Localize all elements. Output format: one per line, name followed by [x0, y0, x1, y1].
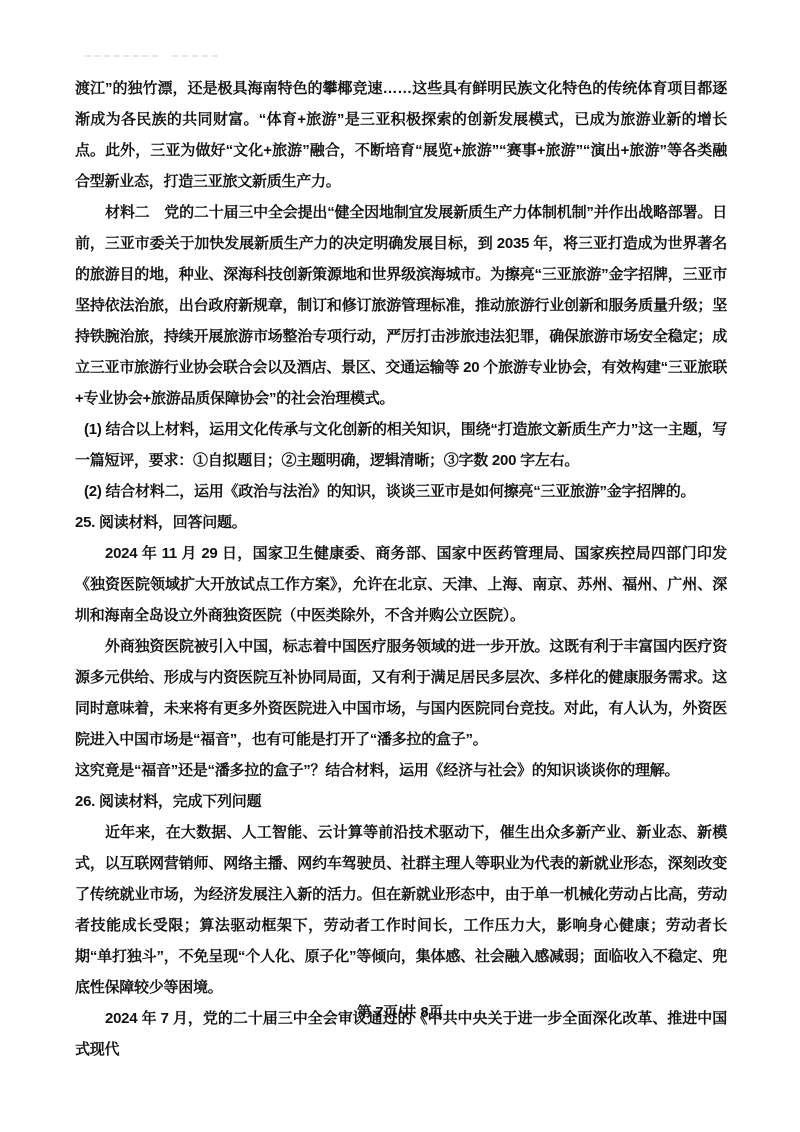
paragraph-q25-question: 这究竟是“福音”还是“潘多拉的盒子”？结合材料，运用《经济与社会》的知识谈谈你的… [75, 755, 727, 786]
scan-artifact-dashes [85, 55, 158, 57]
paragraph-q24-subquestion-2: (2) 结合材料二，运用《政治与法治》的知识，谈谈三亚市是如何擦亮“三亚旅游”金… [75, 476, 727, 507]
paragraph-q25-material-1: 2024 年 11 月 29 日，国家卫生健康委、商务部、国家中医药管理局、国家… [75, 538, 727, 631]
scan-artifact-dashes [172, 55, 218, 57]
paragraph-q24-subquestion-1: (1) 结合以上材料，运用文化传承与文化创新的相关知识，围绕“打造旅文新质生产力… [75, 414, 727, 476]
paragraph-q24-material2: 材料二 党的二十届三中全会提出“健全因地制宜发展新质生产力体制机制”并作出战略部… [75, 197, 727, 414]
page-content: 渡江”的独竹漂，还是极具海南特色的攀椰竞速……这些具有鲜明民族文化特色的传统体育… [75, 73, 727, 1065]
paragraph-q25-heading: 25. 阅读材料，回答问题。 [75, 507, 727, 538]
exam-paper-page: 渡江”的独竹漂，还是极具海南特色的攀椰竞速……这些具有鲜明民族文化特色的传统体育… [0, 0, 800, 1132]
page-number-footer: 第 7页/共 8页 [0, 1001, 800, 1022]
paragraph-q26-material-1: 近年来，在大数据、人工智能、云计算等前沿技术驱动下，催生出众多新产业、新业态、新… [75, 817, 727, 1003]
paragraph-q26-heading: 26. 阅读材料，完成下列问题 [75, 786, 727, 817]
paragraph-q24-material1-continuation: 渡江”的独竹漂，还是极具海南特色的攀椰竞速……这些具有鲜明民族文化特色的传统体育… [75, 73, 727, 197]
paragraph-q25-material-2: 外商独资医院被引入中国，标志着中国医疗服务领域的进一步开放。这既有利于丰富国内医… [75, 631, 727, 755]
